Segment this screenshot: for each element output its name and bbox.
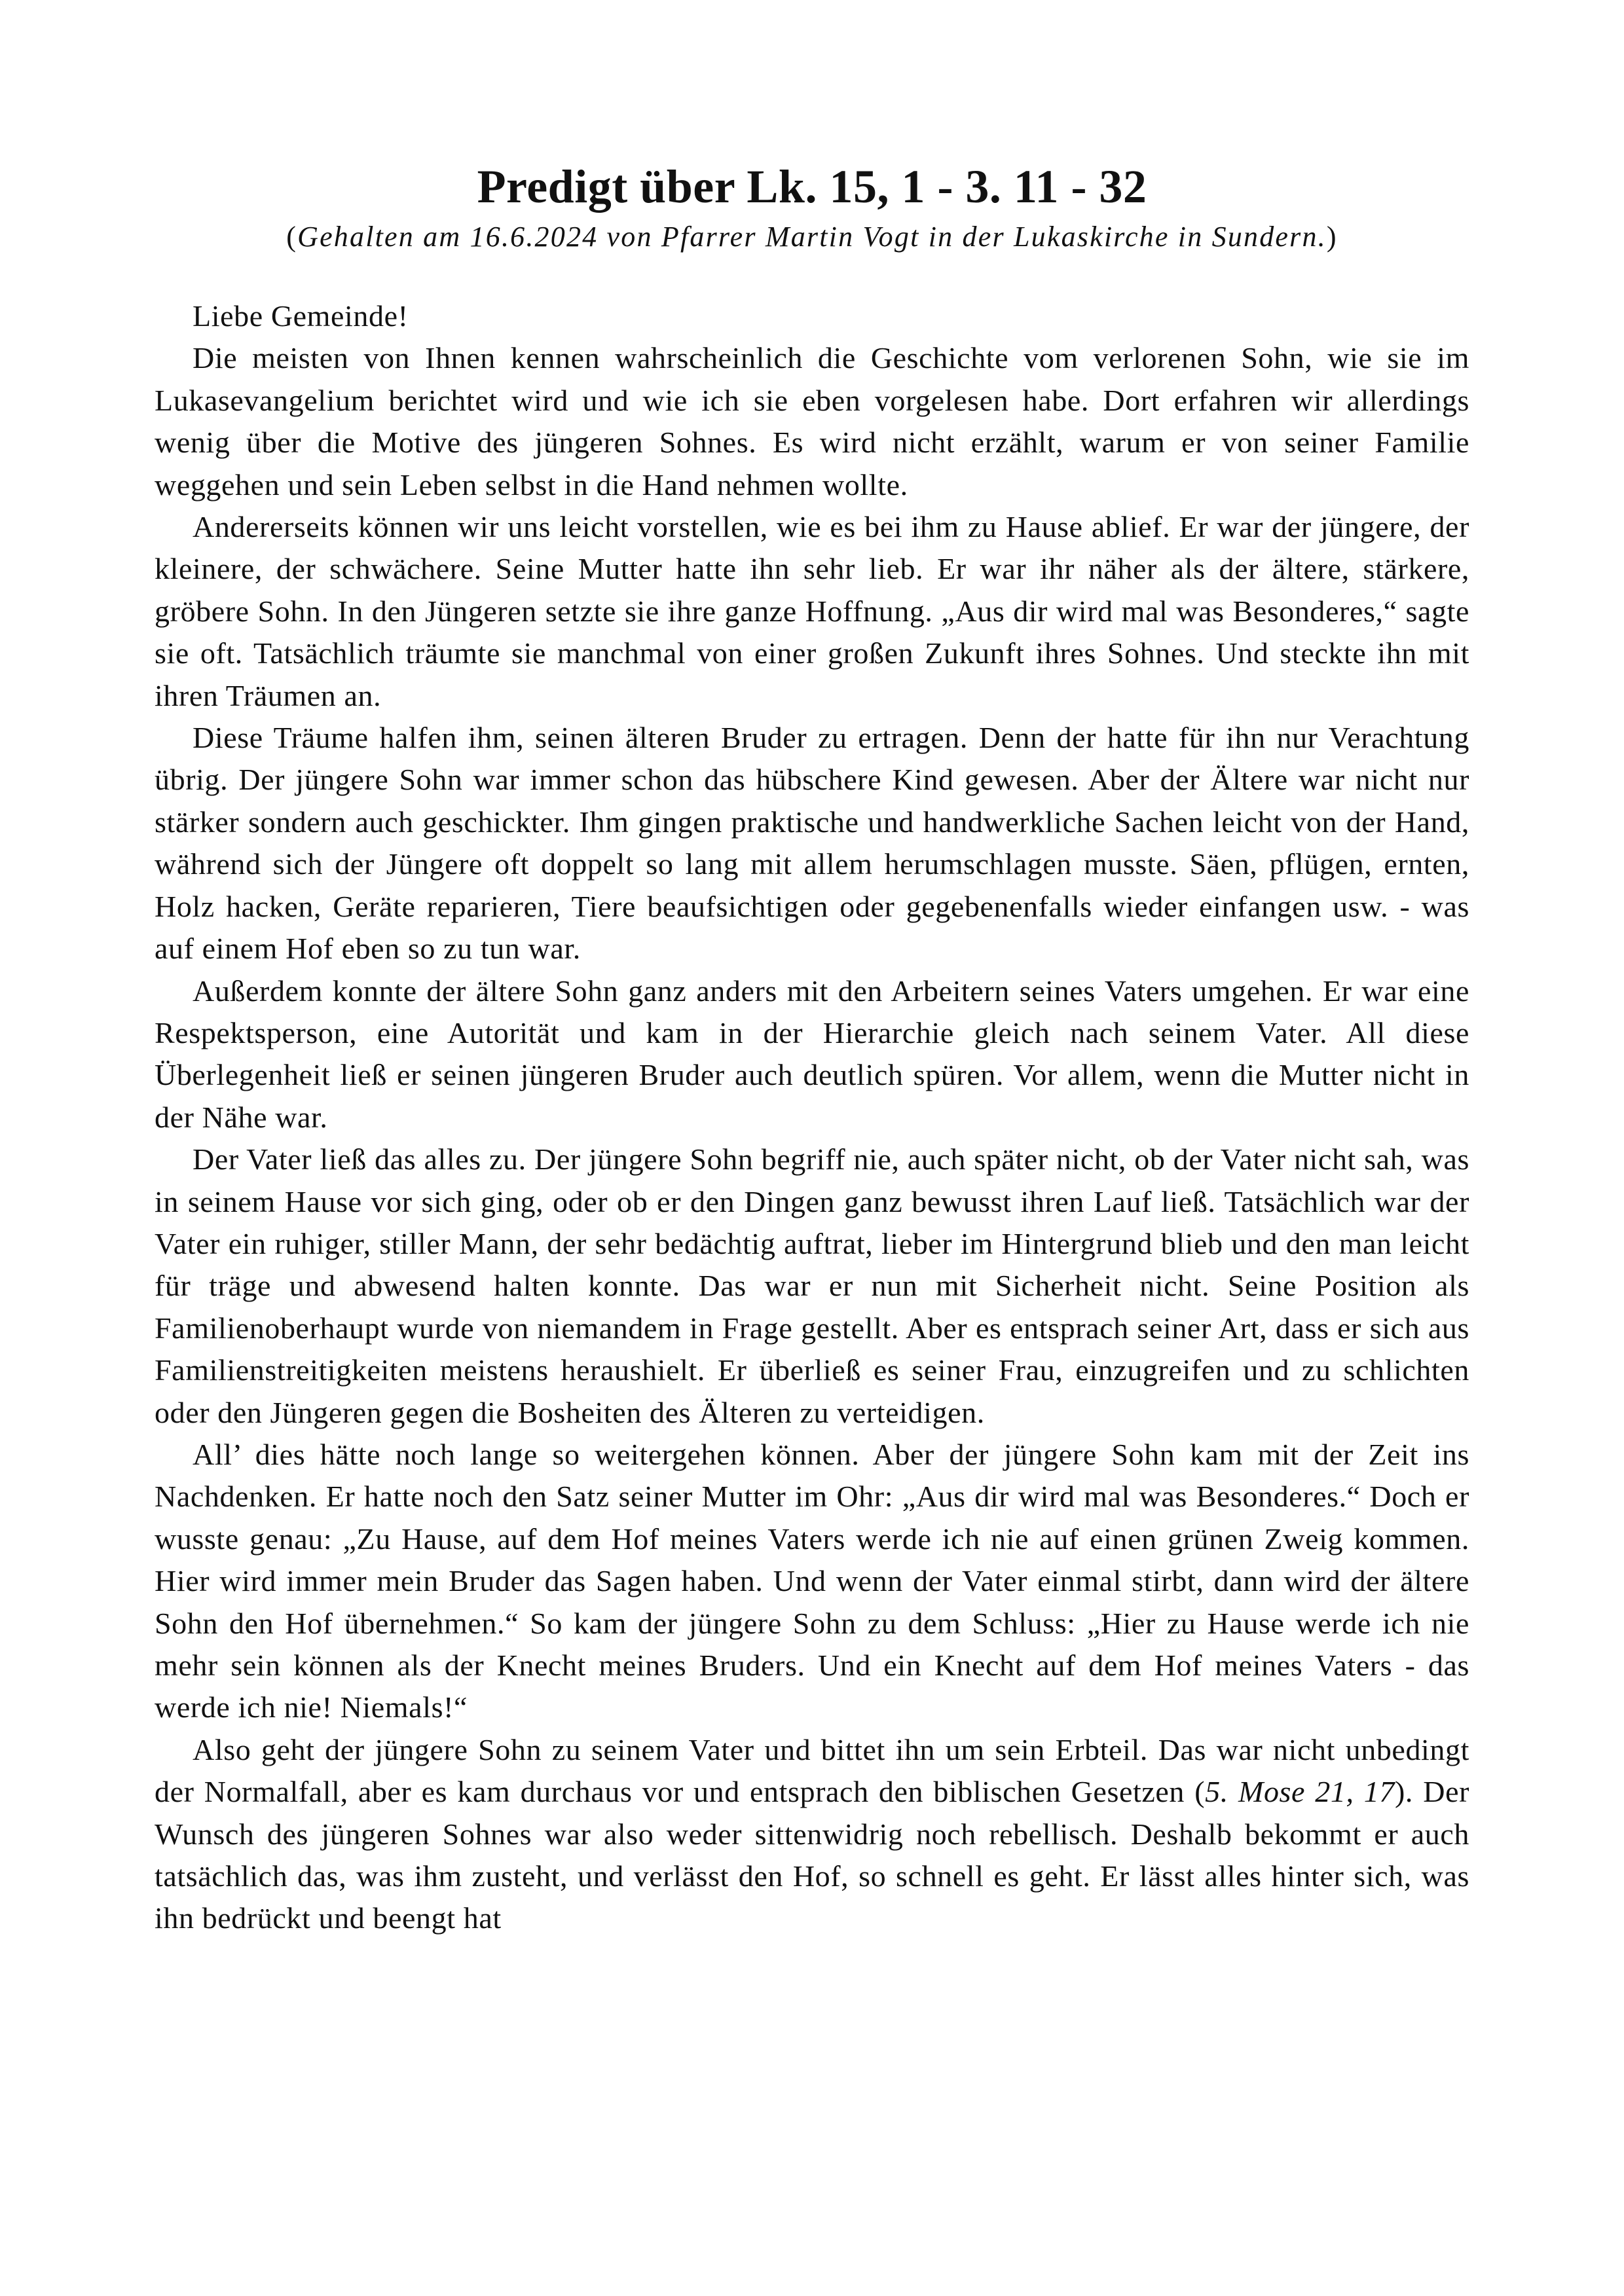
sermon-subtitle: (Gehalten am 16.6.2024 von Pfarrer Marti…: [155, 218, 1469, 256]
paragraph: Also geht der jüngere Sohn zu seinem Vat…: [155, 1729, 1469, 1940]
subtitle-open-paren: (: [286, 221, 297, 253]
subtitle-close-paren: ): [1327, 221, 1338, 253]
paragraph: Diese Träume halfen ihm, seinen älteren …: [155, 717, 1469, 970]
sermon-title: Predigt über Lk. 15, 1 - 3. 11 - 32: [155, 160, 1469, 213]
paragraph: Andererseits können wir uns leicht vorst…: [155, 506, 1469, 717]
sermon-body: Liebe Gemeinde! Die meisten von Ihnen ke…: [155, 295, 1469, 1940]
document-page: Predigt über Lk. 15, 1 - 3. 11 - 32 (Geh…: [155, 160, 1469, 1940]
paragraph: Außerdem konnte der ältere Sohn ganz and…: [155, 970, 1469, 1139]
paragraph: Der Vater ließ das alles zu. Der jüngere…: [155, 1139, 1469, 1434]
bible-reference: 5. Mose 21, 17: [1205, 1775, 1395, 1808]
greeting: Liebe Gemeinde!: [155, 295, 1469, 337]
subtitle-text: Gehalten am 16.6.2024 von Pfarrer Martin…: [297, 221, 1327, 253]
paragraph: Die meisten von Ihnen kennen wahrscheinl…: [155, 337, 1469, 506]
paragraph: All’ dies hätte noch lange so weitergehe…: [155, 1434, 1469, 1729]
